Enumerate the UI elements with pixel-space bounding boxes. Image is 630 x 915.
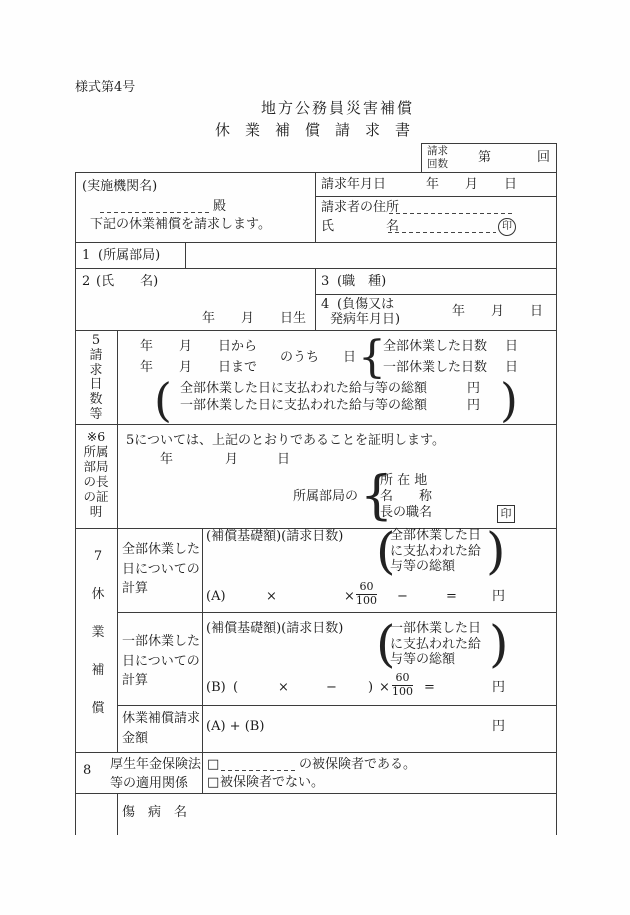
claimant-address-blank-field[interactable] bbox=[389, 213, 513, 214]
table-border bbox=[75, 268, 557, 269]
table-border bbox=[117, 612, 557, 613]
right-paren-glyph: ) bbox=[486, 526, 506, 576]
row2-number: 2 bbox=[82, 274, 90, 290]
row8-number: 8 bbox=[83, 763, 91, 779]
row8-option1-checkbox[interactable]: □ bbox=[207, 757, 219, 773]
table-border bbox=[315, 172, 316, 242]
claim-count-kai: 回 bbox=[537, 150, 550, 166]
claim-count-dai: 第 bbox=[478, 150, 491, 166]
row8-option1-blank-field[interactable] bbox=[221, 770, 298, 771]
row7-partial-calc-label: 一部休業した 日についての 計算 bbox=[122, 632, 200, 691]
row8-label: 厚生年金保険法 等の適用関係 bbox=[110, 756, 201, 793]
row1-label: (所属部局) bbox=[98, 248, 160, 264]
formula-a-times1: × bbox=[266, 589, 277, 605]
fraction-denominator: 100 bbox=[392, 686, 413, 699]
formula-b-times2: × bbox=[379, 680, 390, 696]
claim-count-box-top-border bbox=[421, 143, 557, 144]
formula-a-fraction: 60 100 bbox=[356, 581, 377, 607]
dono-suffix: 殿 bbox=[213, 199, 226, 215]
claimant-address-label: 請求者の住所 bbox=[321, 200, 399, 216]
row4-date-units: 年 月 日 bbox=[452, 304, 543, 320]
row4-label-line1: (負傷又は bbox=[337, 297, 394, 313]
claimant-name-blank-field[interactable] bbox=[388, 232, 496, 233]
formula-a-times2: × bbox=[344, 589, 355, 605]
row8-option1-text: の被保険者である。 bbox=[299, 757, 416, 773]
left-paren-glyph: ( bbox=[154, 377, 172, 423]
row8-option2-text: 被保険者でない。 bbox=[220, 775, 324, 791]
row5-side-label: 5 請 求 日 数 等 bbox=[84, 334, 108, 423]
row7-basis-header-a: (補償基礎額)(請求日数) bbox=[206, 529, 343, 545]
formula-b-label: (B) bbox=[206, 680, 226, 696]
row7-side-label: 7 休 業 補 償 bbox=[88, 538, 108, 728]
table-border bbox=[117, 793, 118, 835]
row7-sum-formula: (A) + (B) bbox=[206, 719, 264, 735]
row6-item-name: 名 称 bbox=[380, 489, 432, 505]
row7-amount-label: 休業補償請求 金額 bbox=[122, 709, 200, 748]
table-border bbox=[315, 196, 557, 197]
formula-b-times1: × bbox=[278, 680, 289, 696]
row5-full-paid-label: 全部休業した日に支払われた給与等の総額 bbox=[180, 381, 427, 397]
fraction-numerator: 60 bbox=[356, 581, 377, 595]
table-border bbox=[75, 793, 557, 794]
row6-belong-label: 所属部局の bbox=[293, 489, 358, 505]
formula-b-yen: 円 bbox=[492, 680, 505, 696]
formula-b-equals: = bbox=[424, 680, 435, 696]
table-border bbox=[315, 294, 557, 295]
title-main: 地方公務員災害補償 bbox=[261, 99, 414, 117]
formula-b-close-paren: ) bbox=[368, 680, 373, 696]
row6-certify-text: 5については、上記のとおりであることを証明します。 bbox=[126, 433, 445, 449]
row6-item-location: 所 在 地 bbox=[380, 473, 427, 489]
row6-item-title: 長の職名 bbox=[380, 505, 432, 521]
row5-partial-paid-label: 一部休業した日に支払われた給与等の総額 bbox=[180, 398, 427, 414]
table-border bbox=[75, 172, 557, 173]
right-paren-glyph: ) bbox=[489, 619, 509, 669]
agency-label: (実施機関名) bbox=[82, 179, 157, 195]
left-brace-glyph: { bbox=[358, 336, 386, 380]
row5-among-label: のうち bbox=[280, 350, 319, 366]
formula-a-yen: 円 bbox=[492, 589, 505, 605]
formula-b-open-paren: ( bbox=[233, 680, 238, 696]
table-border bbox=[75, 424, 557, 425]
row5-among-day-unit: 日 bbox=[343, 350, 356, 366]
formula-b-fraction: 60 100 bbox=[392, 672, 413, 698]
table-border bbox=[202, 528, 203, 793]
row5-partial-paid-yen: 円 bbox=[467, 398, 480, 414]
row5-full-paid-yen: 円 bbox=[467, 381, 480, 397]
row7-sum-yen: 円 bbox=[492, 719, 505, 735]
request-statement: 下記の休業補償を請求します。 bbox=[90, 217, 271, 233]
formula-b-minus: − bbox=[326, 680, 337, 696]
row5-full-days-label: 全部休業した日数 bbox=[383, 339, 487, 355]
table-border bbox=[556, 143, 557, 835]
claimant-seal-mark: 印 bbox=[498, 218, 516, 236]
row3-label: (職 種) bbox=[337, 274, 386, 290]
row7-full-calc-label: 全部休業した 日についての 計算 bbox=[122, 540, 200, 599]
row7-basis-header-b: (補償基礎額)(請求日数) bbox=[206, 621, 343, 637]
row9-injury-name-label: 傷 病 名 bbox=[122, 805, 187, 821]
table-border bbox=[75, 752, 557, 753]
table-border bbox=[185, 242, 186, 268]
table-border bbox=[75, 330, 557, 331]
row6-side-label: ※6 所属 部局 の長 の証 明 bbox=[78, 429, 114, 519]
form-page: 様式第4号 地方公務員災害補償 休 業 補 償 請 求 書 請求 回数 第 回 … bbox=[0, 0, 630, 915]
row4-label-line2: 発病年月日) bbox=[330, 312, 400, 328]
formula-a-minus: − bbox=[397, 589, 408, 605]
row1-number: 1 bbox=[82, 248, 90, 264]
row6-date-units: 年 月 日 bbox=[160, 452, 290, 468]
row5-from-line: 年 月 日から bbox=[140, 339, 257, 355]
table-border bbox=[315, 268, 316, 330]
row2-birth-units: 年 月 日生 bbox=[202, 311, 306, 327]
table-border bbox=[75, 242, 557, 243]
department-seal-mark: 印 bbox=[497, 505, 515, 523]
addressee-blank-field[interactable] bbox=[100, 212, 212, 213]
title-sub: 休 業 補 償 請 求 書 bbox=[215, 121, 410, 139]
row8-option2-checkbox[interactable]: □ bbox=[207, 775, 219, 791]
table-border bbox=[117, 705, 557, 706]
formula-a-equals: = bbox=[446, 589, 457, 605]
form-number: 様式第4号 bbox=[75, 80, 135, 96]
claim-count-box-left-border bbox=[421, 143, 422, 172]
row5-partial-days-label: 一部休業した日数 bbox=[383, 360, 487, 376]
formula-a-label: (A) bbox=[206, 589, 226, 605]
fraction-denominator: 100 bbox=[356, 595, 377, 608]
right-paren-glyph: ) bbox=[500, 377, 518, 423]
row4-number: 4 bbox=[321, 297, 329, 313]
claim-date-units: 年 月 日 bbox=[426, 177, 517, 193]
table-border bbox=[117, 330, 118, 752]
row5-full-days-unit: 日 bbox=[505, 339, 518, 355]
row7-partial-note: 一部休業した日 に支払われた給 与等の総額 bbox=[390, 621, 481, 668]
fraction-numerator: 60 bbox=[392, 672, 413, 686]
row7-full-note: 全部休業した日 に支払われた給 与等の総額 bbox=[390, 528, 481, 575]
row3-number: 3 bbox=[321, 274, 329, 290]
claim-date-label: 請求年月日 bbox=[321, 177, 386, 193]
claim-count-label: 請求 回数 bbox=[427, 145, 448, 171]
row2-label: (氏 名) bbox=[96, 274, 158, 290]
table-border bbox=[75, 172, 76, 835]
